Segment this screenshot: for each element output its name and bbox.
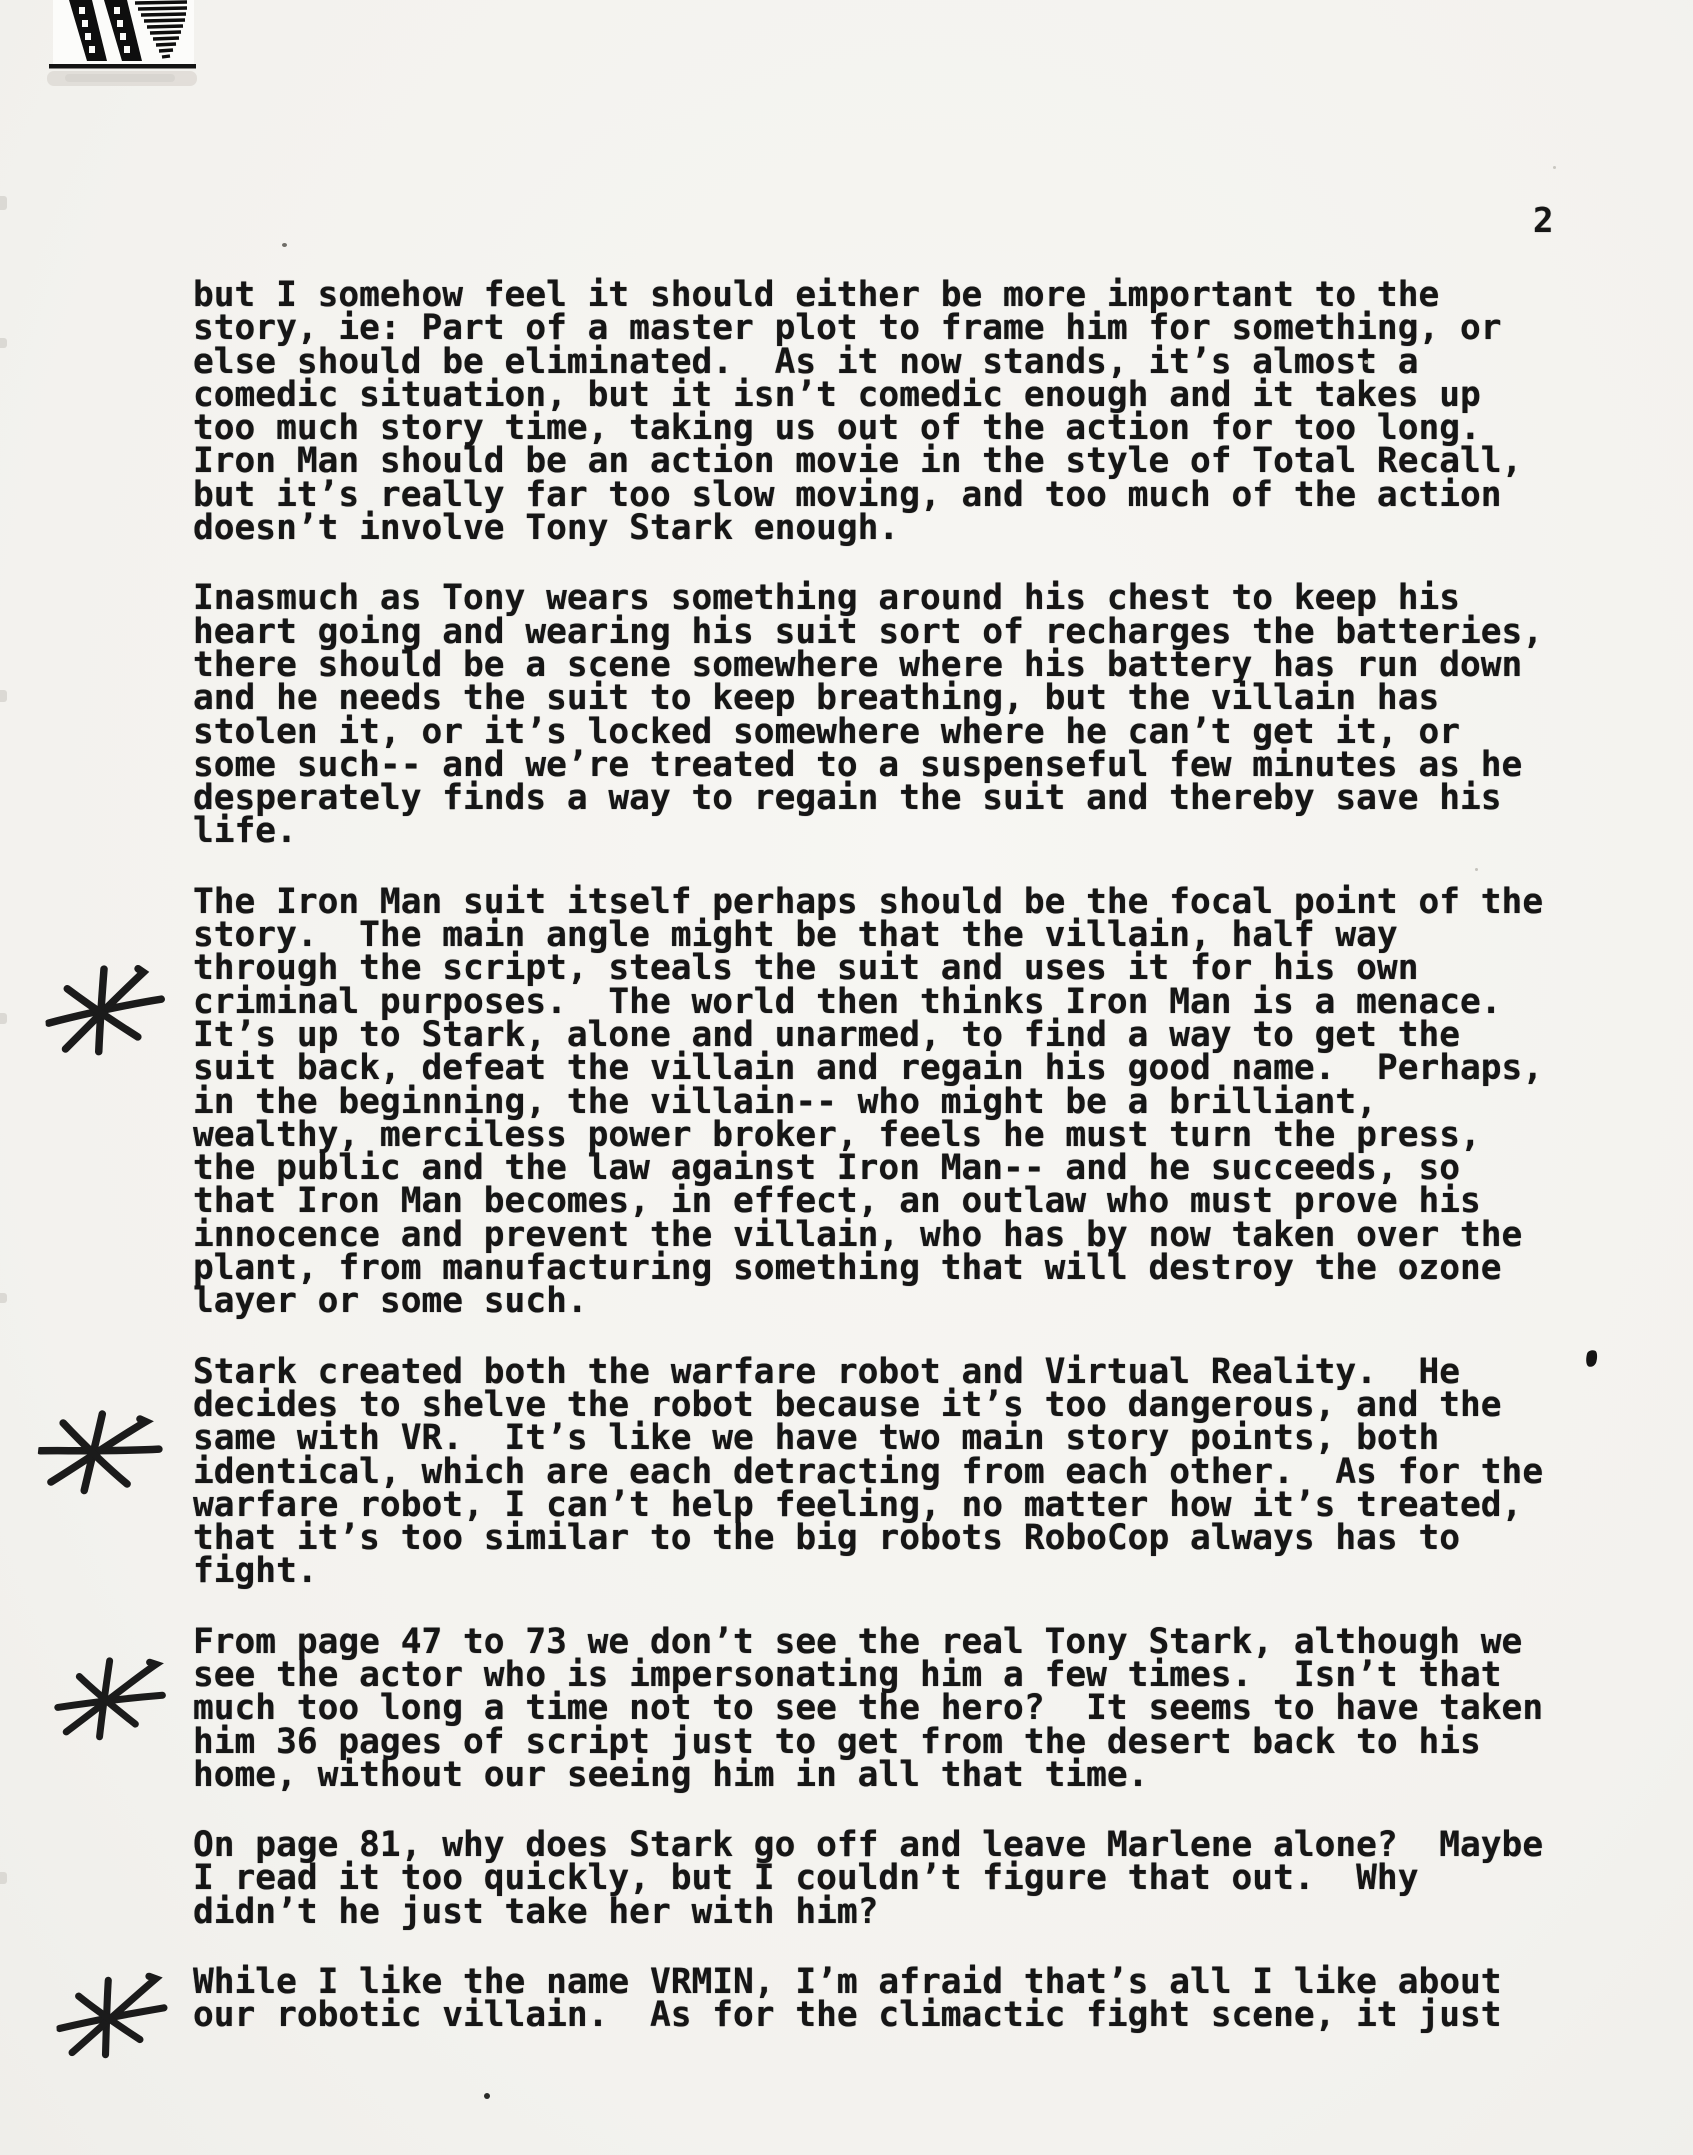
paragraph-3: The Iron Man suit itself perhaps should …	[193, 886, 1613, 1319]
scan-speck	[1364, 360, 1368, 364]
handwritten-asterisk-icon	[42, 958, 173, 1066]
paragraph-4: Stark created both the warfare robot and…	[193, 1356, 1613, 1589]
paragraph-1: but I somehow feel it should either be m…	[193, 279, 1613, 545]
scan-edge-artifact	[0, 690, 7, 702]
handwritten-asterisk-icon	[33, 1399, 167, 1511]
paragraph-2: Inasmuch as Tony wears something around …	[193, 582, 1613, 848]
scan-speck	[484, 2093, 490, 2099]
scanned-document-page: 2 but I somehow feel it should either be…	[0, 0, 1693, 2155]
page-number: 2	[1533, 204, 1553, 238]
scan-speck	[1553, 166, 1556, 169]
scan-edge-artifact	[0, 1293, 7, 1303]
film-strip-w-logo-icon	[47, 0, 199, 92]
paragraph-5: From page 47 to 73 we don’t see the real…	[193, 1626, 1613, 1792]
handwritten-asterisk-icon	[53, 1652, 171, 1749]
scan-edge-artifact	[0, 338, 7, 348]
scan-speck	[282, 243, 287, 247]
scan-edge-artifact	[0, 1872, 7, 1884]
scan-edge-artifact	[0, 196, 7, 210]
paragraph-7: While I like the name VRMIN, I’m afraid …	[193, 1966, 1613, 2033]
paragraph-6: On page 81, why does Stark go off and le…	[193, 1829, 1613, 1929]
document-body: but I somehow feel it should either be m…	[193, 279, 1613, 2070]
scan-speck	[1475, 868, 1478, 871]
handwritten-asterisk-icon	[54, 1967, 177, 2068]
scan-edge-artifact	[0, 1013, 7, 1024]
